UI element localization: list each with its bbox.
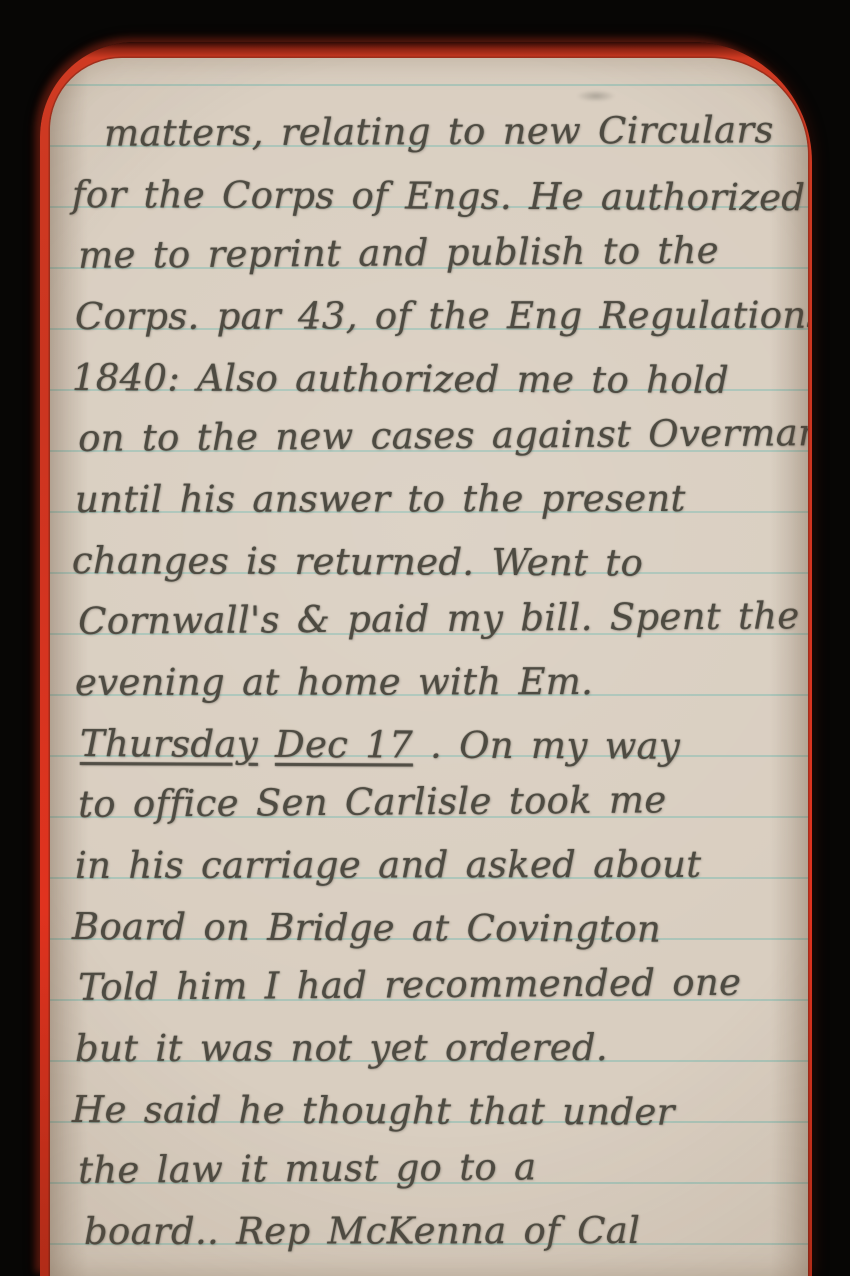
handwriting-line: matters, relating to new Circulars bbox=[66, 82, 802, 147]
diary-scan: { "document": { "kind": "handwritten dia… bbox=[0, 0, 850, 1276]
handwriting-line: but it was not yet ordered. bbox=[66, 1000, 802, 1062]
handwriting-line: on to the new cases against Overman bbox=[66, 385, 802, 452]
handwriting-line: 1840: Also authorized me to hold bbox=[66, 330, 802, 394]
handwriting-line: board.. Rep McKenna of Cal bbox=[66, 1183, 802, 1245]
handwriting-line: to office Sen Carlisle took me bbox=[66, 751, 802, 818]
handwriting-line: me to reprint and publish to the bbox=[66, 202, 802, 269]
handwriting-line: Thursday Dec 17 . On my way bbox=[66, 696, 802, 760]
handwriting-line: Corps. par 43, of the Eng Regulations of bbox=[66, 268, 802, 330]
handwriting-line: changes is returned. Went to bbox=[66, 513, 802, 577]
handwriting-text: board.. Rep McKenna of Cal bbox=[84, 1209, 640, 1253]
handwriting-line: evening at home with Em. bbox=[66, 634, 802, 696]
handwriting-line: until his answer to the present bbox=[66, 451, 802, 513]
handwriting-lines: matters, relating to new Circularsfor th… bbox=[66, 86, 802, 1245]
handwriting-line: Told him I had recommended one bbox=[66, 934, 802, 1001]
handwriting-line: for the Corps of Engs. He authorized bbox=[66, 147, 802, 211]
handwriting-line: Cornwall's & paid my bill. Spent the bbox=[66, 568, 802, 635]
notebook-red-page-edge: matters, relating to new Circularsfor th… bbox=[40, 42, 812, 1276]
ruled-paper-page: matters, relating to new Circularsfor th… bbox=[50, 58, 808, 1276]
handwriting-line: in his carriage and asked about bbox=[66, 817, 802, 879]
handwriting-line: Board on Bridge at Covington bbox=[66, 879, 802, 943]
handwriting-line: He said he thought that under bbox=[66, 1062, 802, 1126]
handwriting-line: the law it must go to a bbox=[66, 1117, 802, 1184]
